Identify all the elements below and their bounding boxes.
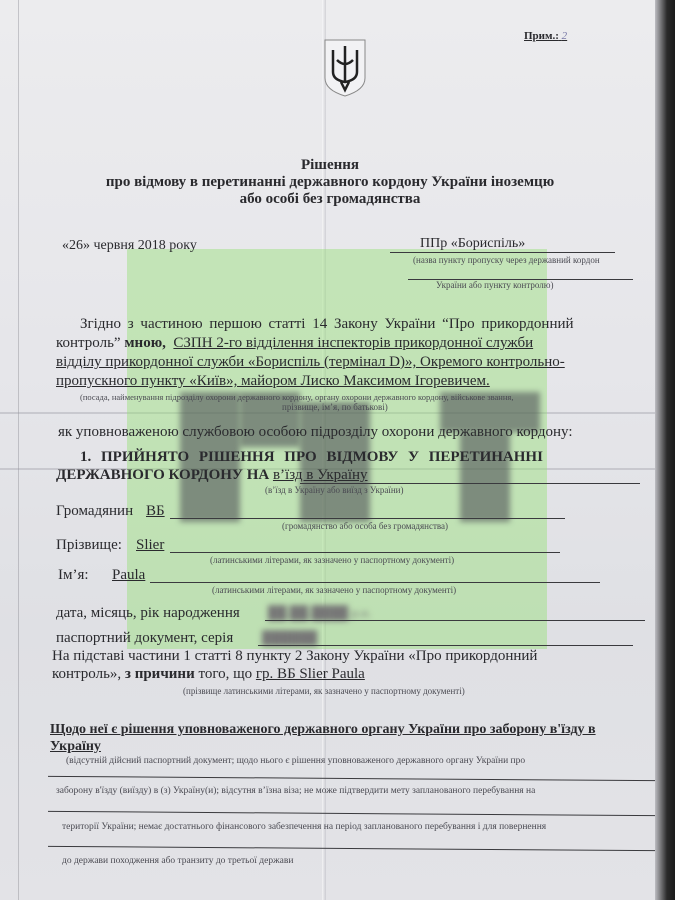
reason-option-3: території України; немає достатнього фін… [62, 822, 546, 832]
surname-caption: (латинськими літерами, як зазначено у па… [210, 555, 454, 565]
officer-line-4: пропускного пункту «Київ», майором Лиско… [56, 373, 490, 390]
reason-heading-2: Україну [50, 739, 101, 755]
authority-statement: як уповноваженою службовою особою підроз… [58, 424, 573, 441]
dob-label: дата, місяць, рік народження [56, 605, 240, 622]
passport-label: паспортний документ, серія [56, 630, 233, 647]
officer-line-2: контроль” мною, СЗПН 2-го відділення інс… [56, 335, 533, 352]
citizenship-value: ВБ [146, 503, 165, 520]
name-caption: (латинськими літерами, як зазначено у па… [212, 585, 456, 595]
surname-value: Slier [136, 537, 164, 554]
appendix-number: Прим.: 2 [524, 30, 567, 42]
basis-line-2: контроль», з причини того, що гр. ВБ Sli… [52, 666, 365, 683]
name-label: Ім’я: [58, 567, 89, 584]
checkpoint-caption: (назва пункту пропуску через державний к… [413, 255, 600, 265]
background-edge [655, 0, 675, 900]
dob-value-redacted: ██.██.████ р.н. [268, 605, 371, 621]
officer-line-1: Згідно з частиною першою статті 14 Закон… [80, 316, 574, 333]
document-subtitle-2: або особі без громадянства [0, 191, 660, 208]
reason-option-2: заборону в'їзду (виїзду) в (з) Україну(и… [56, 786, 535, 796]
checkpoint-name: ППр «Бориспіль» [420, 236, 525, 252]
reason-option-1: (відсутній дійсний паспортний документ; … [66, 756, 525, 766]
document-title: Рішення [0, 157, 660, 174]
basis-line-1: На підставі частини 1 статті 8 пункту 2 … [52, 648, 537, 665]
citizenship-label: Громадянин [56, 503, 133, 520]
trident-emblem-icon [323, 38, 367, 98]
citizenship-caption: (громадянство або особа без громадянства… [282, 521, 448, 531]
reason-option-4: до держави походження або транзиту до тр… [62, 856, 293, 866]
fold-line [18, 0, 19, 900]
officer-line-3: відділу прикордонної служби «Бориспіль (… [56, 354, 565, 371]
decision-date: «26» червня 2018 року [62, 238, 197, 254]
decision-line-1: 1. ПРИЙНЯТО РІШЕННЯ ПРО ВІДМОВУ У ПЕРЕТИ… [80, 449, 543, 466]
surname-label: Прізвище: [56, 537, 122, 554]
reason-heading: Щодо неї є рішення уповноваженого держав… [50, 722, 596, 738]
document-subtitle: про відмову в перетинанні державного кор… [0, 174, 660, 191]
officer-position: СЗПН 2-го відділення інспекторів прикорд… [173, 335, 533, 351]
crossing-direction: в’їзд в Україну [273, 467, 368, 483]
decision-line-2: ДЕРЖАВНОГО КОРДОНУ НА в’їзд в Україну [56, 467, 368, 484]
document-page: Прим.: 2 Рішення про відмову в перетинан… [0, 0, 660, 900]
basis-caption: (прізвище латинськими літерами, як зазна… [183, 686, 465, 696]
person-reference: гр. ВБ Slier Paula [256, 666, 365, 682]
checkpoint-caption-2: України або пункту контролю) [436, 280, 553, 290]
appendix-value: 2 [562, 30, 568, 42]
direction-caption: (в’їзд в Україну або виїзд з України) [265, 485, 403, 495]
name-value: Paula [112, 567, 145, 584]
passport-value-redacted: ██████ [262, 630, 317, 646]
